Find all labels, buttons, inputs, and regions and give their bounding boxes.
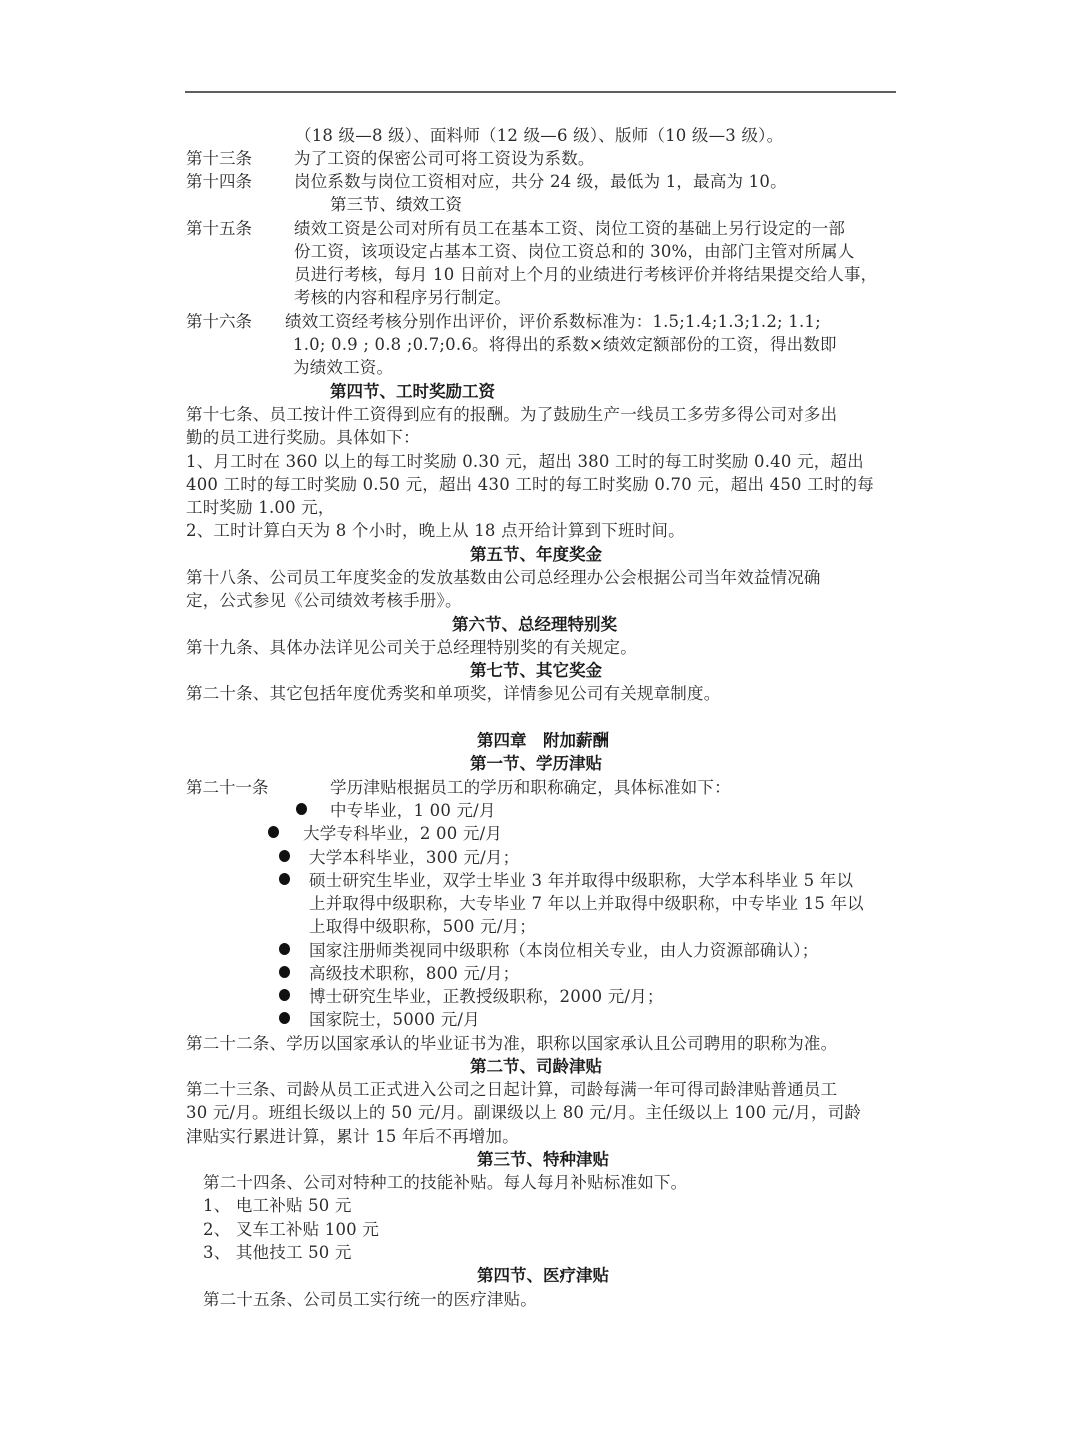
special-allowance-item-2: 2、 叉车工补贴 100 元	[203, 1218, 379, 1241]
article-22-text: 第二十二条、学历以国家承认的毕业证书为准，职称以国家承认且公司聘用的职称为准。	[186, 1032, 837, 1055]
allowance-item-8: 国家院士，5000 元/月	[309, 1008, 480, 1031]
article-16-label: 第十六条	[186, 310, 252, 333]
allowance-item-6: 高级技术职称，800 元/月；	[309, 962, 519, 985]
header-rule	[185, 91, 896, 93]
chapter-4-section-4-title: 第四节、医疗津贴	[477, 1264, 609, 1287]
bullet-icon	[296, 803, 307, 815]
article-24-intro: 第二十四条、公司对特种工的技能补贴。每人每月补贴标准如下。	[203, 1171, 687, 1194]
section-7-title: 第七节、其它奖金	[470, 659, 602, 682]
chapter-4-section-1-title: 第一节、学历津贴	[470, 752, 602, 775]
allowance-item-2: 大学专科毕业，2 00 元/月	[303, 822, 502, 845]
section-4-title: 第四节、工时奖励工资	[330, 380, 495, 403]
article-23-line-1: 第二十三条、司龄从员工正式进入公司之日起计算，司龄每满一年可得司龄津贴普通员工	[186, 1078, 837, 1101]
allowance-item-4-line-2: 上并取得中级职称，大专毕业 7 年以上并取得中级职称，中专毕业 15 年以	[309, 892, 864, 915]
bullet-icon	[279, 1012, 290, 1024]
article-13-text: 为了工资的保密公司可将工资设为系数。	[294, 147, 595, 170]
section-6-title: 第六节、总经理特别奖	[452, 613, 617, 636]
article-19-text: 第十九条、具体办法详见公司关于总经理特别奖的有关规定。	[186, 636, 637, 659]
article-15-label: 第十五条	[186, 217, 252, 240]
article-15-line-1: 绩效工资是公司对所有员工在基本工资、岗位工资的基础上另行设定的一部	[294, 217, 845, 240]
article-16-line-1: 绩效工资经考核分别作出评价，评价系数标准为：1.5;1.4;1.3;1.2; 1…	[285, 310, 821, 333]
article-15-line-2: 份工资，该项设定占基本工资、岗位工资总和的 30%，由部门主管对所属人	[294, 240, 854, 263]
article-23-line-2: 30 元/月。班组长级以上的 50 元/月。副课级以上 80 元/月。主任级以上…	[186, 1101, 861, 1124]
bullet-icon	[279, 873, 290, 885]
article-17-line-3: 1、月工时在 360 以上的每工时奖励 0.30 元，超出 380 工时的每工时…	[186, 450, 864, 473]
article-16-line-2: 1.0; 0.9 ; 0.8 ;0.7;0.6。将得出的系数×绩效定额部份的工资…	[293, 333, 837, 356]
bullet-icon	[279, 943, 290, 955]
article-21-label: 第二十一条	[186, 776, 269, 799]
chapter-4-title: 第四章 附加薪酬	[477, 729, 609, 752]
article-16-line-3: 为绩效工资。	[293, 356, 393, 379]
bullet-icon	[279, 850, 290, 862]
chapter-4-section-2-title: 第二节、司龄津贴	[470, 1055, 602, 1078]
article-23-line-3: 津贴实行累进计算，累计 15 年后不再增加。	[186, 1125, 519, 1148]
article-15-line-4: 考核的内容和程序另行制定。	[294, 286, 511, 309]
article-14-text: 岗位系数与岗位工资相对应，共分 24 级，最低为 1，最高为 10。	[294, 170, 787, 193]
special-allowance-item-1: 1、 电工补贴 50 元	[203, 1194, 352, 1217]
article-13-label: 第十三条	[186, 147, 252, 170]
allowance-item-4-line-3: 上取得中级职称，500 元/月；	[309, 915, 536, 938]
article-17-line-6: 2、工时计算白天为 8 个小时，晚上从 18 点开给计算到下班时间。	[186, 519, 685, 542]
continuation-text: （18 级—8 级）、面料师（12 级—6 级）、版师（10 级—3 级）。	[295, 124, 783, 147]
article-17-line-2: 勤的员工进行奖励。具体如下：	[186, 426, 420, 449]
allowance-item-4-line-1: 硕士研究生毕业，双学士毕业 3 年并取得中级职称，大学本科毕业 5 年以	[309, 869, 853, 892]
article-18-line-2: 定，公式参见《公司绩效考核手册》。	[186, 589, 462, 612]
article-17-line-5: 工时奖励 1.00 元，	[186, 496, 335, 519]
section-3-title: 第三节、绩效工资	[330, 193, 462, 216]
allowance-item-5: 国家注册师类视同中级职称（本岗位相关专业，由人力资源部确认）；	[309, 939, 818, 962]
bullet-icon	[268, 826, 279, 838]
section-5-title: 第五节、年度奖金	[470, 543, 602, 566]
allowance-item-7: 博士研究生毕业，正教授级职称，2000 元/月；	[309, 985, 664, 1008]
article-14-label: 第十四条	[186, 170, 252, 193]
allowance-item-1: 中专毕业，1 00 元/月	[330, 799, 496, 822]
article-21-text: 学历津贴根据员工的学历和职称确定，具体标准如下：	[330, 776, 731, 799]
allowance-item-3: 大学本科毕业，300 元/月；	[309, 846, 519, 869]
bullet-icon	[279, 989, 290, 1001]
article-25-text: 第二十五条、公司员工实行统一的医疗津贴。	[203, 1288, 537, 1311]
bullet-icon	[279, 966, 290, 978]
article-18-line-1: 第十八条、公司员工年度奖金的发放基数由公司总经理办公会根据公司当年效益情况确	[186, 566, 821, 589]
article-15-line-3: 员进行考核，每月 10 日前对上个月的业绩进行考核评价并将结果提交给人事，	[294, 263, 877, 286]
article-17-line-4: 400 工时的每工时奖励 0.50 元，超出 430 工时的每工时奖励 0.70…	[186, 473, 874, 496]
article-20-text: 第二十条、其它包括年度优秀奖和单项奖，详情参见公司有关规章制度。	[186, 682, 720, 705]
chapter-4-section-3-title: 第三节、特种津贴	[477, 1148, 609, 1171]
special-allowance-item-3: 3、 其他技工 50 元	[203, 1241, 352, 1264]
article-17-line-1: 第十七条、员工按计件工资得到应有的报酬。为了鼓励生产一线员工多劳多得公司对多出	[186, 403, 837, 426]
